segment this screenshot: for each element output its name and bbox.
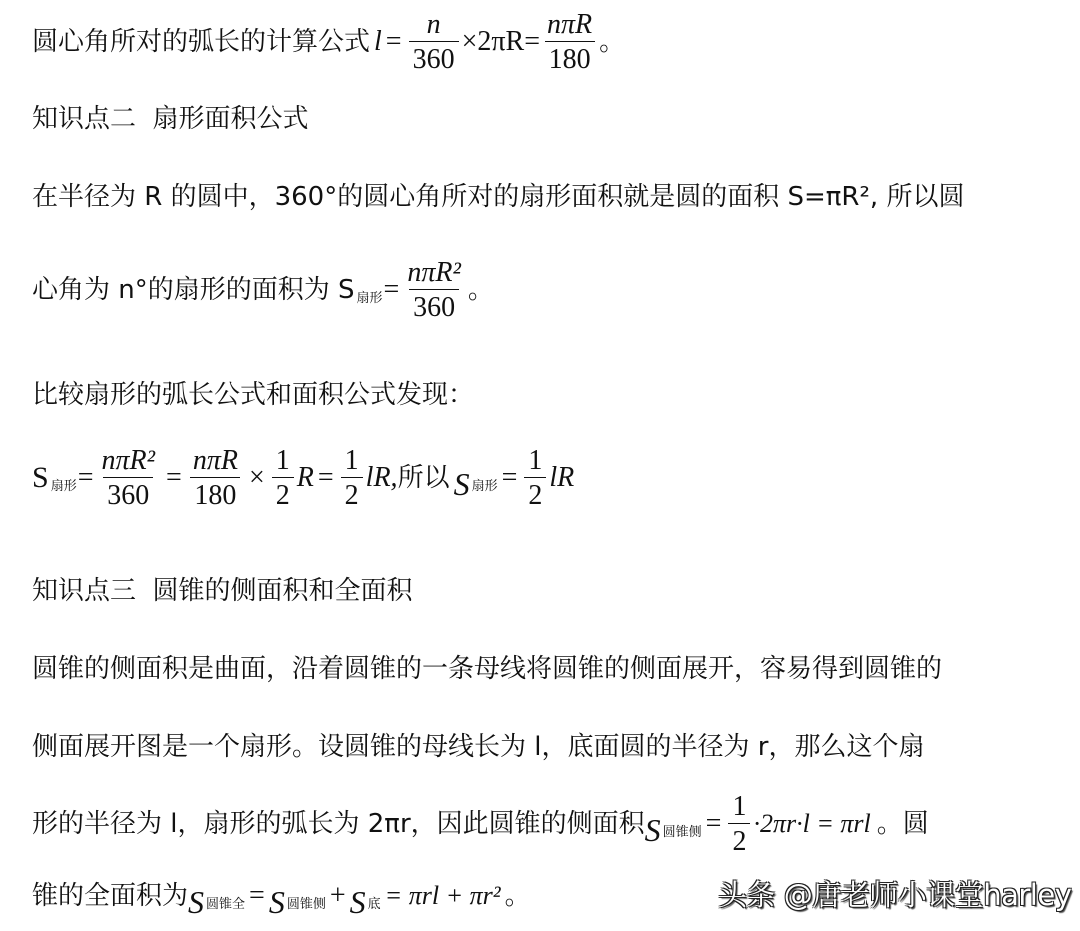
symbol-S: S xyxy=(269,886,285,918)
cone-para-line3: 形的半径为 l，扇形的弧长为 2πr，因此圆锥的侧面积 S 圆锥侧 = 1 2 … xyxy=(32,792,929,857)
fraction-2: nπR 180 xyxy=(189,446,242,511)
subscript-sector: 扇形 xyxy=(357,292,383,305)
plus-sign: + xyxy=(330,882,346,910)
symbol-S: S xyxy=(32,463,49,493)
arc-length-text: 圆心角所对的弧长的计算公式 xyxy=(32,29,370,55)
subscript-cone-lateral: 圆锥侧 xyxy=(663,826,702,839)
period: 。 xyxy=(505,883,531,909)
derivation-line: S 扇形 = nπR² 360 = nπR 180 × 1 2 R = 1 2 … xyxy=(32,446,574,511)
numerator: n xyxy=(423,10,445,41)
denominator: 360 xyxy=(409,41,459,74)
denominator: 2 xyxy=(341,477,363,510)
denominator: 360 xyxy=(103,477,153,510)
numerator: 1 xyxy=(341,446,363,477)
denominator: 180 xyxy=(545,41,595,74)
subscript-sector: 扇形 xyxy=(51,480,77,493)
denominator: 2 xyxy=(272,477,294,510)
numerator: nπR² xyxy=(403,258,465,289)
equals-sign: = xyxy=(249,882,265,910)
numerator: nπR² xyxy=(98,446,160,477)
cone-para-line2: 侧面展开图是一个扇形。设圆锥的母线长为 l，底面圆的半径为 r，那么这个扇 xyxy=(32,734,924,760)
equals-sign: = xyxy=(502,464,518,492)
heading-knowledge-point-3: 知识点三 圆锥的侧面积和全面积 xyxy=(32,578,413,604)
fraction-npiR-over-180: nπR 180 xyxy=(543,10,596,75)
fraction-1: nπR² 360 xyxy=(98,446,160,511)
numerator: 1 xyxy=(272,446,294,477)
formula-lhs: l xyxy=(374,28,382,56)
denominator: 2 xyxy=(524,477,546,510)
equals-sign: = xyxy=(318,464,334,492)
sector-area-para-line1: 在半径为 R 的圆中，360°的圆心角所对的扇形面积就是圆的面积 S=πR², … xyxy=(32,184,964,210)
arc-length-formula-line: 圆心角所对的弧长的计算公式 l = n 360 ×2πR= nπR 180 。 xyxy=(32,10,625,75)
symbol-lR: lR, xyxy=(366,464,398,492)
fraction-n-over-360: n 360 xyxy=(409,10,459,75)
cone-para-line4: 锥的全面积为 S 圆锥全 = S 圆锥侧 + S 底 = πrl + πr² 。 xyxy=(32,880,531,912)
period-text: 。圆 xyxy=(877,811,929,837)
so-text: 所以 xyxy=(398,465,450,491)
cone-lateral-text: 形的半径为 l，扇形的弧长为 2πr，因此圆锥的侧面积 xyxy=(32,811,645,837)
symbol-S: S xyxy=(645,814,661,846)
total-area-expression: = πrl + πr² xyxy=(385,883,501,909)
denominator: 2 xyxy=(728,823,750,856)
equals-sign: = xyxy=(384,276,400,304)
sector-area-text: 心角为 n°的扇形的面积为 S xyxy=(32,277,355,303)
compare-text: 比较扇形的弧长公式和面积公式发现： xyxy=(32,382,474,408)
times-2piR: ×2πR= xyxy=(462,28,540,56)
period: 。 xyxy=(468,277,494,303)
fraction-npiR2-over-360: nπR² 360 xyxy=(403,258,465,323)
heading-knowledge-point-2: 知识点二 扇形面积公式 xyxy=(32,106,309,132)
fraction-4: 1 2 xyxy=(341,446,363,511)
symbol-S: S xyxy=(350,886,366,918)
equals-sign: = xyxy=(706,810,722,838)
equals-sign: = xyxy=(386,28,402,56)
symbol-S: S xyxy=(454,468,470,500)
period: 。 xyxy=(599,29,625,55)
subscript-sector: 扇形 xyxy=(472,480,498,493)
subscript-base: 底 xyxy=(368,898,381,911)
cone-para-line1: 圆锥的侧面积是曲面，沿着圆锥的一条母线将圆锥的侧面展开，容易得到圆锥的 xyxy=(32,656,942,682)
numerator: nπR xyxy=(189,446,242,477)
subscript-cone-lateral: 圆锥侧 xyxy=(287,898,326,911)
fraction-5: 1 2 xyxy=(524,446,546,511)
numerator: 1 xyxy=(524,446,546,477)
equals-sign: = xyxy=(166,464,182,492)
denominator: 360 xyxy=(409,289,459,322)
equals-sign: = xyxy=(78,464,94,492)
watermark: 头条 @唐老师小课堂harley xyxy=(718,873,1071,914)
numerator: nπR xyxy=(543,10,596,41)
denominator: 180 xyxy=(190,477,240,510)
symbol-S: S xyxy=(188,886,204,918)
fraction-half: 1 2 xyxy=(728,792,750,857)
subscript-cone-total: 圆锥全 xyxy=(206,898,245,911)
sector-area-para-line2: 心角为 n°的扇形的面积为 S 扇形 = nπR² 360 。 xyxy=(32,258,494,323)
fraction-3: 1 2 xyxy=(272,446,294,511)
cone-total-text: 锥的全面积为 xyxy=(32,883,188,909)
times-sign: × xyxy=(249,464,265,492)
symbol-R: R xyxy=(297,464,314,492)
symbol-lR: lR xyxy=(549,464,574,492)
lateral-area-expression: ·2πr·l = πrl xyxy=(753,811,870,837)
numerator: 1 xyxy=(728,792,750,823)
